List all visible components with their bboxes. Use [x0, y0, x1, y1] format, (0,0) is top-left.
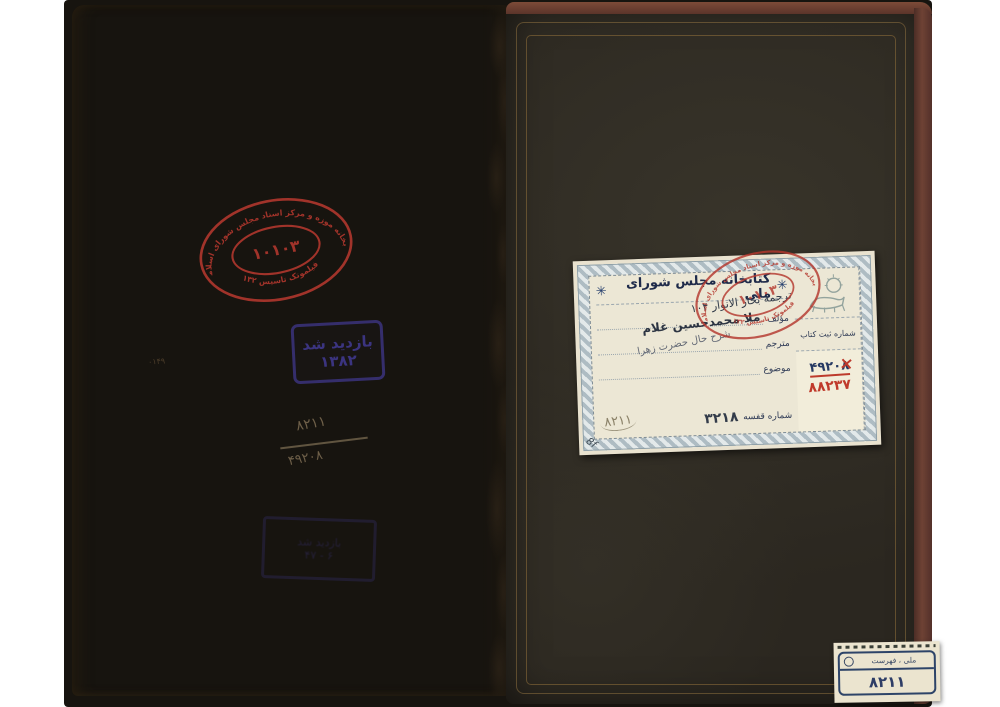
visit-date-stamp: بازدید شد ۱۳۸۲ [290, 320, 385, 385]
corner-inventory-label: ملی ، فهرست ۸۲۱۱ [833, 641, 940, 703]
pencil-accession-number: ۸۲۱۱ [295, 414, 327, 435]
manuscript-scan: کتابخانه موزه و مرکز اسناد مجلس شورای اس… [0, 0, 1000, 707]
corner-label-note: ملی ، فهرست [858, 655, 930, 665]
pencil-underline [280, 437, 368, 450]
stamp-ring-text-bottom: فیلموتک تاسیس ۱۳۲ [240, 259, 322, 293]
shelf-label: شماره قفسه [743, 411, 792, 423]
stamp-center-number: ۱۰۱۰۳ [737, 283, 780, 309]
catalog-label: ✳ کتابخانه مجلس شورای ملی ✳ مؤلف مترجم [573, 251, 882, 455]
library-oval-stamp-icon: کتابخانه موزه و مرکز اسناد مجلس شورای اس… [186, 183, 365, 318]
left-endpaper: کتابخانه موزه و مرکز اسناد مجلس شورای اس… [72, 5, 508, 696]
visit-stamp-year: ۱۳۸۲ [320, 351, 358, 371]
shelf-group: شماره قفسه ۳۲۱۸ [704, 408, 793, 427]
registration-numbers: ۴۹۲۰۸ × ۸۸۲۳۷ [796, 349, 864, 431]
shelf-number: ۳۲۱۸ [703, 409, 738, 427]
corner-label-header: ملی ، فهرست [840, 652, 934, 671]
registration-number-new: ۸۸۲۳۷ [797, 376, 863, 398]
cover-fore-edge [914, 8, 932, 704]
shelf-row: شماره قفسه ۳۲۱۸ ۸۲۱۱ [600, 402, 793, 437]
corner-label-number: ۸۲۱۱ [840, 669, 934, 694]
field-subject-label: موضوع [763, 364, 790, 375]
label-pencil-number: ۸۲۱۱ [599, 411, 637, 432]
rosette-icon: ✳ [596, 284, 607, 299]
field-subject: موضوع [598, 349, 791, 381]
faded-visit-stamp: بازدید شد ۴۷ - ۶ [261, 516, 377, 582]
leather-cover: ✳ کتابخانه مجلس شورای ملی ✳ مؤلف مترجم [506, 2, 932, 704]
strike-mark: × [839, 354, 856, 375]
corner-seal-icon [844, 656, 854, 666]
dotted-leader [598, 361, 759, 381]
cover-top-edge [506, 2, 932, 14]
torn-gutter-edge [476, 5, 510, 696]
perforation-dots [838, 644, 936, 649]
pencil-registration-number: ۴۹۲۰۸ [287, 448, 324, 469]
faded-stamp-date: ۴۷ - ۶ [304, 548, 333, 562]
margin-pencil-mark: ۰۱۴۹ [148, 356, 166, 366]
corner-label-box: ملی ، فهرست ۸۲۱۱ [838, 650, 937, 696]
registration-number-old: ۴۹۲۰۸ × [809, 358, 850, 378]
visit-stamp-text: بازدید شد [302, 332, 373, 354]
stamp-center-number: ۱۰۱۰۳ [250, 236, 302, 264]
